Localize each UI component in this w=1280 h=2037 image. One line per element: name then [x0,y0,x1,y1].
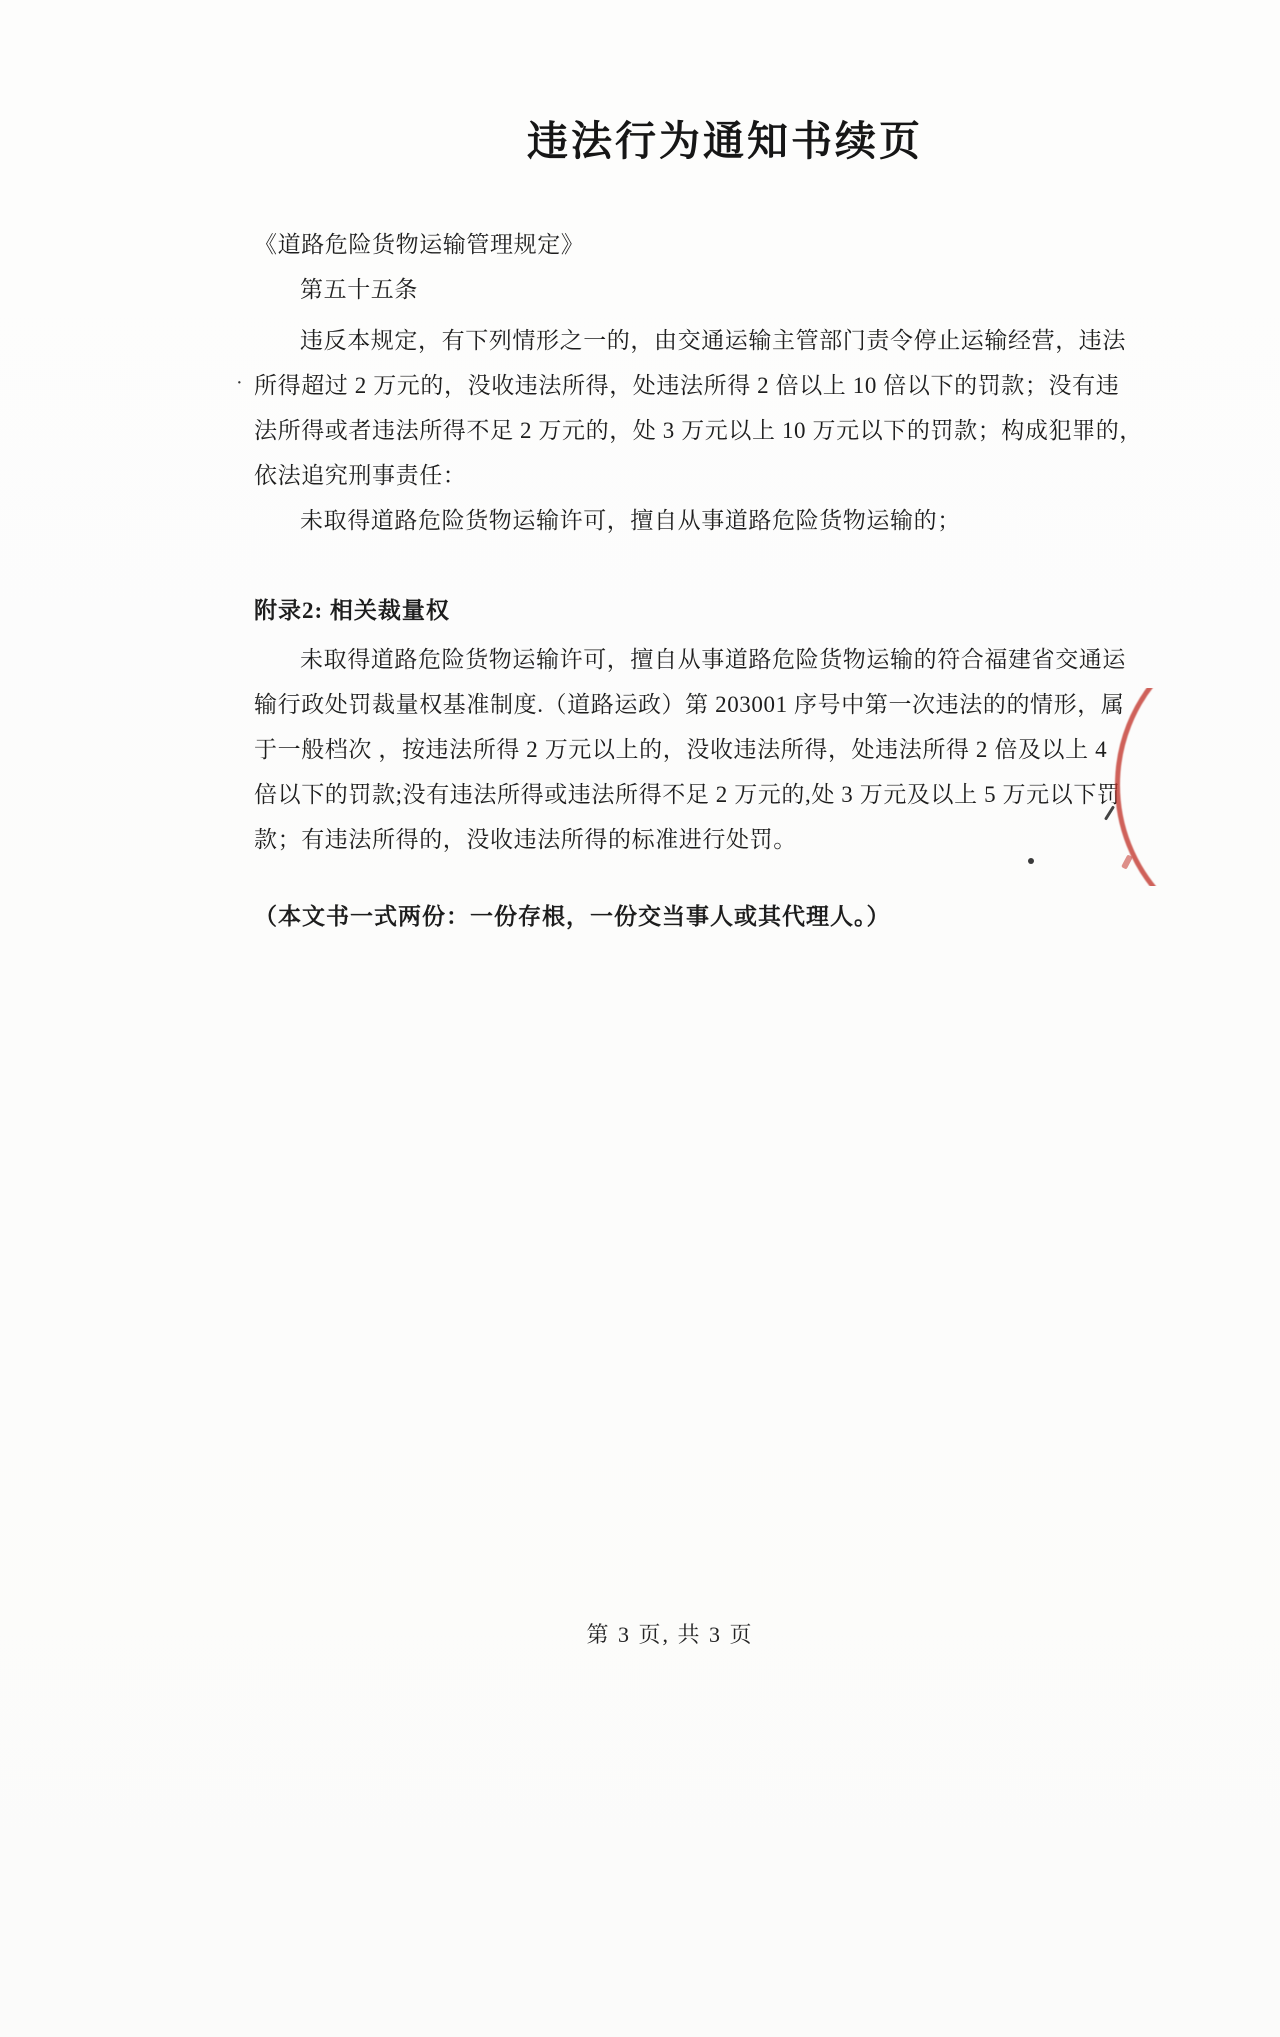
violation-item: 未取得道路危险货物运输许可，擅自从事道路危险货物运输的； [254,498,961,543]
ink-dot [1028,858,1034,864]
page-title: 违法行为通知书续页 [0,108,1280,167]
scanned-notice-page: 违法行为通知书续页 《道路危险货物运输管理规定》 第五十五条 · 违反本规定，有… [0,0,1280,2037]
appendix-paragraph: 未取得道路危险货物运输许可，擅自从事道路危险货物运输的符合福建省交通运 输行政处… [254,637,1126,862]
violation-item-text: 未取得道路危险货物运输许可，擅自从事道路危险货物运输的； [254,498,961,543]
paragraph-line: 于一般档次 ，按违法所得 2 万元以上的，没收违法所得，处违法所得 2 倍及以上… [254,727,1126,772]
regulation-section: 《道路危险货物运输管理规定》 第五十五条 [254,222,584,312]
regulation-article: 第五十五条 [254,267,584,312]
paragraph-line: 倍以下的罚款;没有违法所得或违法所得不足 2 万元的,处 3 万元及以上 5 万… [254,772,1126,817]
stray-ink-mark: · [236,372,243,395]
paragraph-line: 未取得道路危险货物运输许可，擅自从事道路危险货物运输的符合福建省交通运 [254,637,1126,682]
paragraph-line: 款；有违法所得的，没收违法所得的标准进行处罚。 [254,817,1126,862]
regulation-name: 《道路危险货物运输管理规定》 [254,222,584,267]
paragraph-line: 违反本规定，有下列情形之一的，由交通运输主管部门责令停止运输经营，违法 [254,318,1143,363]
paragraph-line: 所得超过 2 万元的，没收违法所得，处违法所得 2 倍以上 10 倍以下的罚款；… [254,363,1143,408]
paragraph-line: 依法追究刑事责任： [254,453,1143,498]
regulation-paragraph: 违反本规定，有下列情形之一的，由交通运输主管部门责令停止运输经营，违法 所得超过… [254,318,1143,498]
paragraph-line: 输行政处罚裁量权基准制度.（道路运政）第 203001 序号中第一次违法的的情形… [254,682,1126,727]
paragraph-line: 法所得或者违法所得不足 2 万元的，处 3 万元以上 10 万元以下的罚款；构成… [254,408,1143,453]
copies-note: （本文书一式两份：一份存根，一份交当事人或其代理人。） [254,898,891,931]
page-number-footer: 第 3 页, 共 3 页 [0,1618,1280,1649]
appendix-heading: 附录2: 相关裁量权 [254,592,450,625]
red-seal-arc-icon [1115,688,1280,886]
